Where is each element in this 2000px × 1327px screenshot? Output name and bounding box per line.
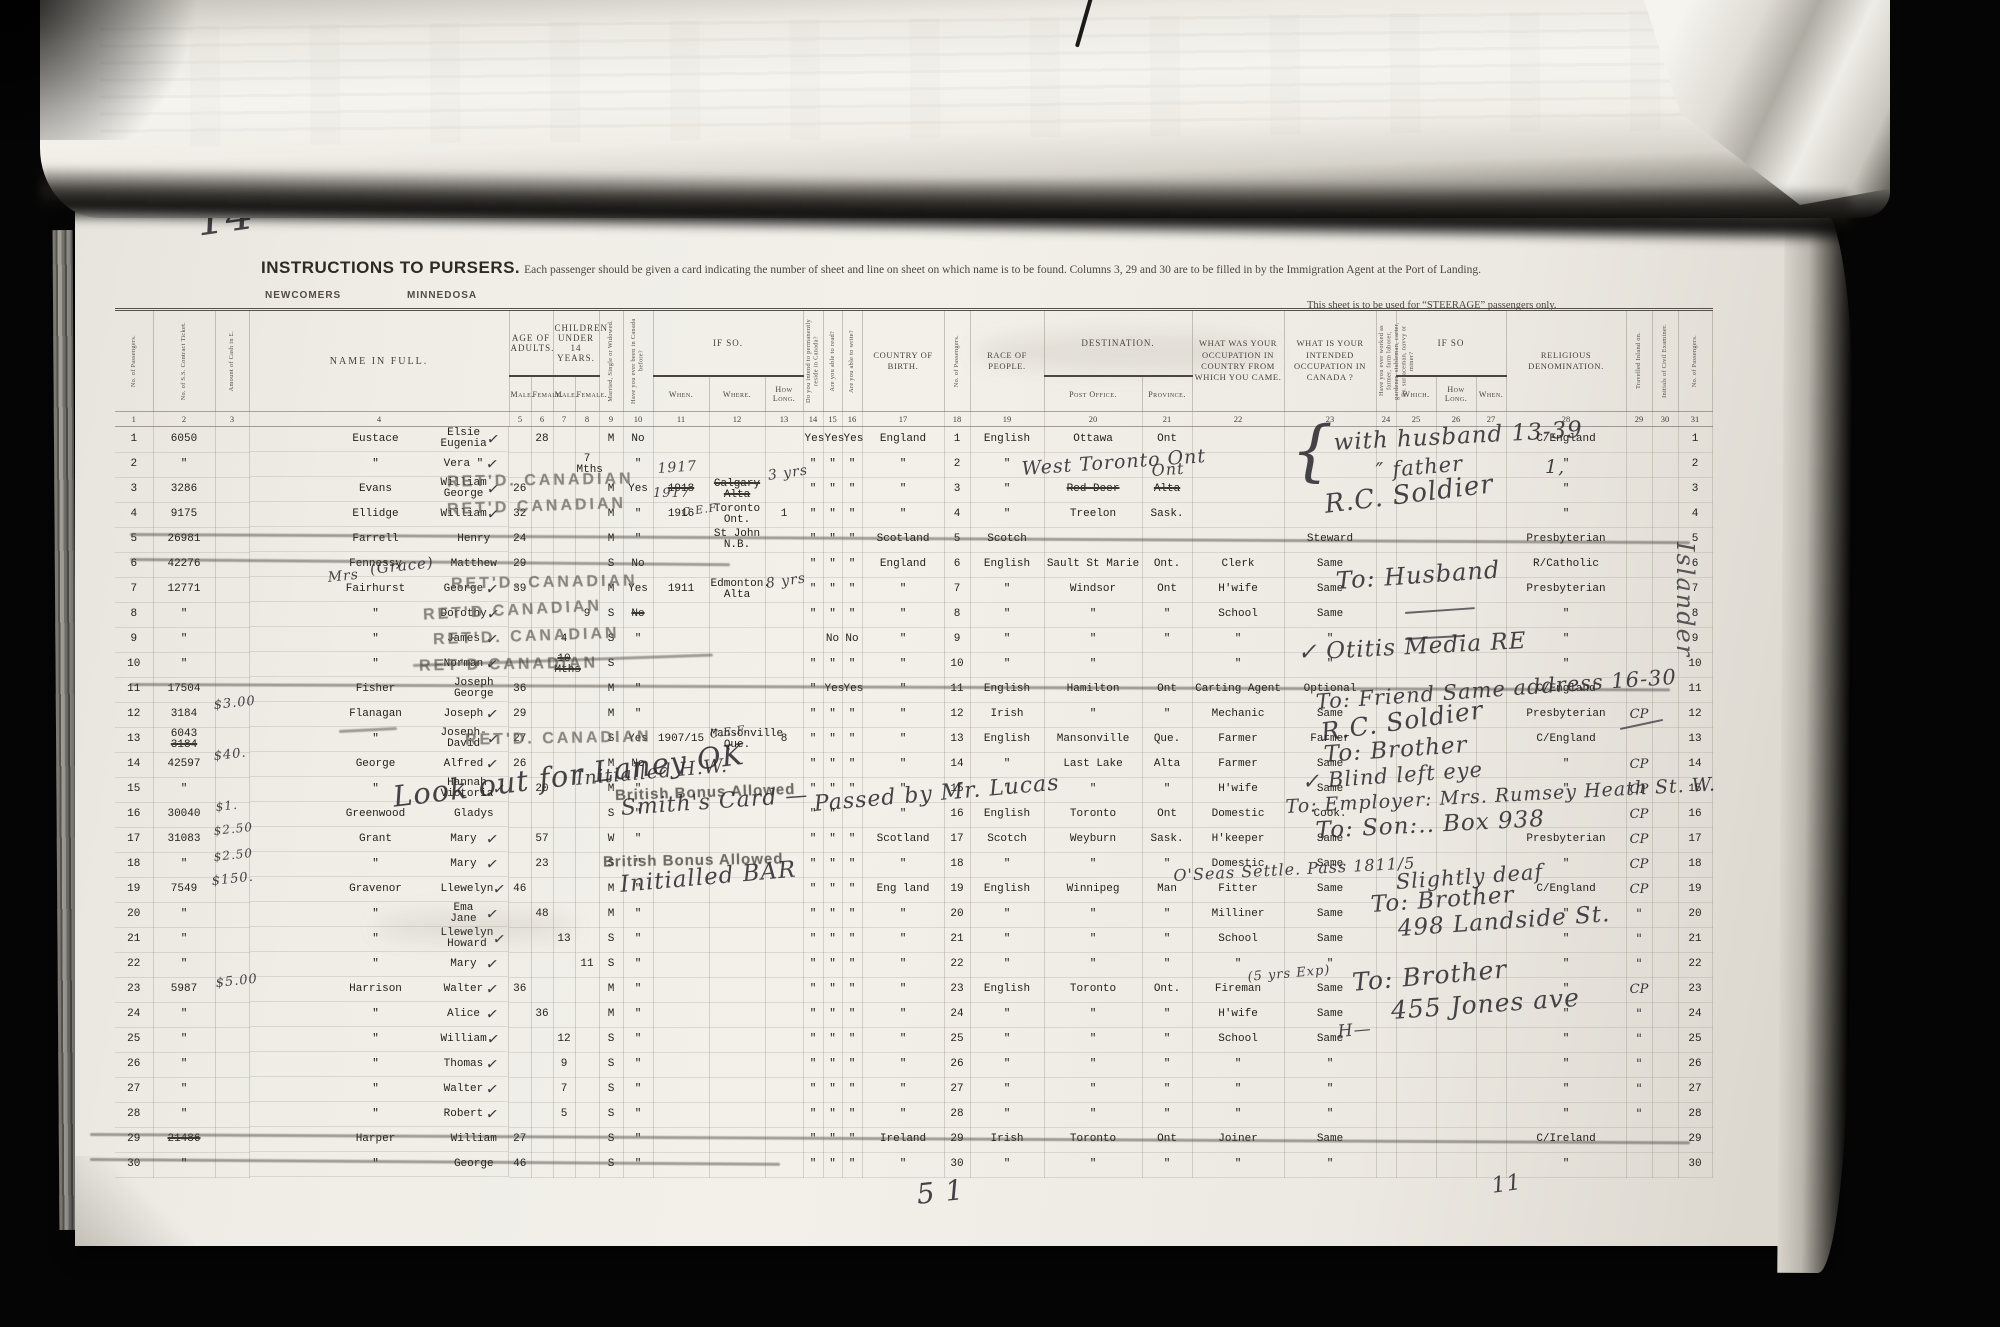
cell-a6: [531, 527, 553, 552]
cell-q24: [1376, 652, 1396, 677]
cell-m: M: [599, 777, 623, 802]
cell-prov: Ont: [1142, 427, 1192, 453]
cell-hl: [765, 427, 803, 453]
cell-init: [1652, 627, 1678, 652]
cell-n2: 11: [944, 677, 970, 702]
cell-a6: [531, 802, 553, 827]
cell-name: "Joseph- David✓: [250, 727, 510, 752]
cell-when2: [1476, 552, 1506, 577]
cell-iocc: Same: [1284, 827, 1376, 852]
cell-occ: ": [1192, 652, 1284, 677]
table-row: 2""Vera "✓7 Mths"""""2""2: [115, 452, 1712, 477]
cell-m: S: [599, 802, 623, 827]
cell-when2: [1476, 727, 1506, 752]
cell-init: [1652, 1002, 1678, 1027]
cell-which: [1396, 677, 1436, 702]
column-number: 13: [765, 412, 803, 427]
cell-when: [653, 702, 709, 727]
cell-cash: [215, 1052, 249, 1077]
cell-hl: [765, 652, 803, 677]
cell-po: [1044, 527, 1142, 552]
cell-q24: [1376, 852, 1396, 877]
sub-head-how-long: How Long.: [765, 376, 803, 412]
cell-a7: [553, 502, 575, 527]
cell-which: [1396, 702, 1436, 727]
cell-tkt: ": [153, 627, 215, 652]
cell-a7: [553, 602, 575, 627]
cell-tkt: 42276: [153, 552, 215, 577]
cell-rel: C/England: [1506, 427, 1626, 453]
cell-cb: ": [623, 852, 653, 877]
cell-hl: [765, 552, 803, 577]
cell-cash: [215, 827, 249, 852]
cell-occ: Clerk: [1192, 552, 1284, 577]
cell-cash: [215, 1127, 249, 1152]
sub-head-when: When.: [653, 376, 709, 412]
cell-when: [653, 1002, 709, 1027]
cell-tkt: 5987: [153, 977, 215, 1002]
cell-cb: [623, 652, 653, 677]
cell-cash: [215, 927, 249, 952]
cell-name: "Norman✓: [250, 652, 510, 677]
cell-cb: ": [623, 952, 653, 977]
cell-occ: Farmer: [1192, 727, 1284, 752]
cell-iocc: [1284, 427, 1376, 453]
cell-where: [709, 552, 765, 577]
column-number: 19: [970, 412, 1044, 427]
cell-birth: ": [862, 702, 944, 727]
cell-init: [1652, 452, 1678, 477]
cell-n2: 10: [944, 652, 970, 677]
cell-a5: 36: [509, 977, 531, 1002]
cell-where: Toronto Ont.: [709, 502, 765, 527]
cell-which: [1396, 427, 1436, 453]
cell-hl2: [1436, 1002, 1476, 1027]
cell-n2: 27: [944, 1077, 970, 1102]
cell-hl2: [1436, 677, 1476, 702]
cell-iocc: Cook.: [1284, 802, 1376, 827]
newcomers-label: NEWCOMERS: [265, 290, 341, 301]
cell-name: FisherJoseph George: [250, 677, 510, 702]
cell-po: ": [1044, 602, 1142, 627]
cell-n2: 19: [944, 877, 970, 902]
cell-when: [653, 452, 709, 477]
cell-race: English: [970, 977, 1044, 1002]
cell-name: "Thomas✓: [250, 1052, 510, 1077]
table-row: 235987HarrisonWalter✓36M"""""23EnglishTo…: [115, 977, 1712, 1002]
cell-iocc: Same: [1284, 752, 1376, 777]
cell-where: [709, 1102, 765, 1127]
cell-hl: [765, 852, 803, 877]
cell-q14: ": [803, 652, 823, 677]
cell-q15: ": [823, 1077, 842, 1102]
cell-when: [653, 977, 709, 1002]
cell-rel: C/England: [1506, 677, 1626, 702]
cell-q14: ": [803, 477, 823, 502]
col-head-inland: Travelled Inland on.: [1626, 310, 1652, 412]
cell-where: [709, 1002, 765, 1027]
cell-po: Weyburn: [1044, 827, 1142, 852]
cell-a7: 10 Mths: [553, 652, 575, 677]
cell-when2: [1476, 902, 1506, 927]
cell-init: [1652, 1152, 1678, 1177]
cell-q16: ": [842, 1002, 862, 1027]
cell-n: 9: [115, 627, 153, 652]
cell-q14: Yes: [803, 427, 823, 453]
cell-where: [709, 1127, 765, 1152]
cell-m: M: [599, 977, 623, 1002]
cell-name: GreenwoodGladys: [250, 802, 510, 827]
cell-inl: [1626, 452, 1652, 477]
cell-race: ": [970, 1152, 1044, 1177]
cell-name: FairhurstGeorge✓: [250, 577, 510, 602]
cell-q16: ": [842, 877, 862, 902]
cell-a7: [553, 802, 575, 827]
cell-where: [709, 452, 765, 477]
cell-race: ": [970, 577, 1044, 602]
cell-q14: ": [803, 827, 823, 852]
torn-right-edge: [1777, 208, 1854, 1273]
table-row: 49175EllidgeWilliam✓32M"1916Toronto Ont.…: [115, 502, 1712, 527]
col-head-canada-before: Have you ever been in Canada before?: [623, 310, 653, 412]
cell-which: [1396, 902, 1436, 927]
cell-po: ": [1044, 1002, 1142, 1027]
cell-when2: [1476, 627, 1506, 652]
cell-hl: [765, 927, 803, 952]
cell-cash: [215, 577, 249, 602]
cell-where: [709, 852, 765, 877]
cell-when: [653, 627, 709, 652]
cell-rel: ": [1506, 952, 1626, 977]
cell-q14: [803, 627, 823, 652]
cell-q15: ": [823, 502, 842, 527]
table-row: 8""Dorothy✓9SNo""""8"""SchoolSame"8: [115, 602, 1712, 627]
cell-hl2: [1436, 927, 1476, 952]
cell-cb: No: [623, 552, 653, 577]
cell-cb: ": [623, 702, 653, 727]
cell-n3: 20: [1678, 902, 1712, 927]
cell-when: [653, 902, 709, 927]
cell-prov: Ont.: [1142, 977, 1192, 1002]
cell-when2: [1476, 1127, 1506, 1152]
cell-birth: England: [862, 427, 944, 453]
cell-cash: [215, 1027, 249, 1052]
instructions-text: Each passenger should be given a card in…: [524, 264, 1481, 276]
cell-rel: Presbyterian: [1506, 527, 1626, 552]
cell-tkt: 21486: [153, 1127, 215, 1152]
cell-n3: 21: [1678, 927, 1712, 952]
cell-tkt: 7549: [153, 877, 215, 902]
sub-head-where: Where.: [709, 376, 765, 412]
cell-q15: ": [823, 1152, 842, 1177]
cell-hl: [765, 777, 803, 802]
cell-a7: [553, 1152, 575, 1177]
cell-iocc: Same: [1284, 977, 1376, 1002]
top-left-shadow: [0, 0, 230, 140]
cell-which: [1396, 477, 1436, 502]
cell-which: [1396, 952, 1436, 977]
cell-cash: [215, 902, 249, 927]
cell-q24: [1376, 927, 1396, 952]
cell-cb: ": [623, 1077, 653, 1102]
cell-q14: ": [803, 977, 823, 1002]
cell-cash: [215, 802, 249, 827]
cell-q15: ": [823, 1102, 842, 1127]
cell-birth: Ireland: [862, 1127, 944, 1152]
cell-q24: [1376, 527, 1396, 552]
cell-when2: [1476, 802, 1506, 827]
cell-init: [1652, 827, 1678, 852]
cell-birth: Scotland: [862, 827, 944, 852]
handwritten-annotation: 5 1: [915, 1173, 966, 1211]
cell-rel: ": [1506, 1102, 1626, 1127]
cell-n2: 22: [944, 952, 970, 977]
cell-name: HarperWilliam: [250, 1127, 510, 1152]
cell-occ: ": [1192, 1052, 1284, 1077]
cell-q24: [1376, 552, 1396, 577]
cell-hl2: [1436, 427, 1476, 453]
cell-m: S: [599, 1027, 623, 1052]
cell-n2: 20: [944, 902, 970, 927]
cell-a5: [509, 827, 531, 852]
column-numbers-row: 1234567891011121314151617181920212223242…: [115, 412, 1712, 427]
cell-race: English: [970, 802, 1044, 827]
cell-name: "William✓: [250, 1027, 510, 1052]
cell-when: [653, 427, 709, 453]
cell-inl: CP: [1626, 752, 1652, 777]
cell-a7: [553, 427, 575, 453]
cell-a8: [575, 1102, 599, 1127]
cell-race: ": [970, 1002, 1044, 1027]
cell-occ: Fireman: [1192, 977, 1284, 1002]
cell-a5: [509, 1027, 531, 1052]
cell-q16: ": [842, 777, 862, 802]
cell-a7: [553, 1002, 575, 1027]
cell-inl: [1626, 502, 1652, 527]
cell-n: 7: [115, 577, 153, 602]
cell-birth: ": [862, 577, 944, 602]
col-head-contract-ticket: No. of S.S. Contract Ticket.: [153, 310, 215, 412]
cell-q14: ": [803, 527, 823, 552]
cell-hl: [765, 452, 803, 477]
cell-cash: [215, 952, 249, 977]
cell-q16: ": [842, 902, 862, 927]
cell-a7: [553, 852, 575, 877]
cell-a8: [575, 577, 599, 602]
cell-prov: ": [1142, 1027, 1192, 1052]
cell-inl: CP: [1626, 802, 1652, 827]
cell-po: Toronto: [1044, 977, 1142, 1002]
table-row: 1630040GreenwoodGladysS""""16EnglishToro…: [115, 802, 1712, 827]
cell-init: [1652, 877, 1678, 902]
cell-occ: Milliner: [1192, 902, 1284, 927]
cell-a8: [575, 1027, 599, 1052]
cell-q16: ": [842, 577, 862, 602]
cell-q16: ": [842, 1152, 862, 1177]
cell-occ: [1192, 427, 1284, 453]
cell-hl: [765, 1102, 803, 1127]
cell-which: [1396, 652, 1436, 677]
cell-q14: ": [803, 1027, 823, 1052]
cell-when2: [1476, 952, 1506, 977]
cell-hl: [765, 677, 803, 702]
column-number: 17: [862, 412, 944, 427]
cell-a6: [531, 977, 553, 1002]
cell-inl: ": [1626, 1077, 1652, 1102]
cell-a5: 32: [509, 502, 531, 527]
cell-inl: ": [1626, 902, 1652, 927]
cell-n2: 25: [944, 1027, 970, 1052]
cell-cb: ": [623, 502, 653, 527]
cell-a8: [575, 427, 599, 453]
cell-n3: 4: [1678, 502, 1712, 527]
cell-when2: [1476, 777, 1506, 802]
cell-birth: ": [862, 852, 944, 877]
cell-cash: [215, 727, 249, 752]
cell-race: ": [970, 602, 1044, 627]
cell-n2: 12: [944, 702, 970, 727]
cell-prov: Ont: [1142, 1127, 1192, 1152]
cell-n: 5: [115, 527, 153, 552]
column-number: 26: [1436, 412, 1476, 427]
cell-race: Irish: [970, 702, 1044, 727]
cell-q24: [1376, 902, 1396, 927]
cell-n: 23: [115, 977, 153, 1002]
sub-head-province: Province.: [1142, 376, 1192, 412]
cell-iocc: [1284, 502, 1376, 527]
cell-a5: [509, 652, 531, 677]
cell-q15: ": [823, 652, 842, 677]
cell-birth: ": [862, 477, 944, 502]
cell-n3: 5: [1678, 527, 1712, 552]
col-head-if-so: IF SO.: [653, 310, 803, 377]
sub-head-when-2: When.: [1476, 376, 1506, 412]
cell-n2: 2: [944, 452, 970, 477]
table-row: 21""Llewelyn Howard✓13S"""""21"""SchoolS…: [115, 927, 1712, 952]
cell-q15: ": [823, 1052, 842, 1077]
cell-occ: ": [1192, 1077, 1284, 1102]
cell-rel: R/Catholic: [1506, 552, 1626, 577]
cell-a7: 5: [553, 1102, 575, 1127]
cell-q14: ": [803, 1127, 823, 1152]
cell-when: 1907/15: [653, 727, 709, 752]
cell-race: English: [970, 552, 1044, 577]
cell-when2: [1476, 1052, 1506, 1077]
col-head-cash: Amount of Cash in £.: [215, 310, 249, 412]
cell-where: [709, 902, 765, 927]
cell-n: 19: [115, 877, 153, 902]
cell-which: [1396, 752, 1436, 777]
cell-q16: Yes: [842, 677, 862, 702]
cell-when: [653, 852, 709, 877]
cell-a5: 29: [509, 702, 531, 727]
column-number: 31: [1678, 412, 1712, 427]
cell-when2: [1476, 602, 1506, 627]
cell-po: ": [1044, 927, 1142, 952]
cell-a7: [553, 827, 575, 852]
cell-hl2: [1436, 652, 1476, 677]
sub-head-female: Female.: [531, 376, 553, 412]
cell-occ: Joiner: [1192, 1127, 1284, 1152]
cell-init: [1652, 702, 1678, 727]
cell-a7: [553, 702, 575, 727]
cell-name: "Robert✓: [250, 1102, 510, 1127]
cell-q14: ": [803, 677, 823, 702]
cell-when: [653, 1127, 709, 1152]
cell-a8: [575, 1077, 599, 1102]
cell-a5: [509, 602, 531, 627]
cell-where: [709, 952, 765, 977]
cell-race: Scotch: [970, 827, 1044, 852]
column-number: 10: [623, 412, 653, 427]
cell-prov: ": [1142, 777, 1192, 802]
column-number: 28: [1506, 412, 1626, 427]
cell-when: [653, 552, 709, 577]
cell-occ: Domestic: [1192, 802, 1284, 827]
cell-q15: ": [823, 602, 842, 627]
cell-n3: 1: [1678, 427, 1712, 453]
cell-q24: [1376, 1052, 1396, 1077]
cell-where: Edmonton. Alta: [709, 577, 765, 602]
cell-cb: ": [623, 877, 653, 902]
cell-cash: [215, 627, 249, 652]
cell-occ: [1192, 527, 1284, 552]
cell-cb: ": [623, 977, 653, 1002]
cell-birth: ": [862, 952, 944, 977]
cell-po: ": [1044, 702, 1142, 727]
cell-rel: ": [1506, 752, 1626, 777]
cell-prov: Man: [1142, 877, 1192, 902]
cell-tkt: 42597: [153, 752, 215, 777]
cell-tkt: 3184: [153, 702, 215, 727]
cell-a5: 26: [509, 752, 531, 777]
cell-q14: ": [803, 902, 823, 927]
cell-cash: [215, 552, 249, 577]
cell-name: EvansWilliam George✓: [250, 477, 510, 502]
table-row: 1117504FisherJoseph George36M""YesYes"11…: [115, 677, 1712, 702]
cell-n3: 11: [1678, 677, 1712, 702]
cell-q14: ": [803, 752, 823, 777]
cell-birth: ": [862, 727, 944, 752]
cell-q24: [1376, 752, 1396, 777]
table-row: 1731083GrantMary✓57W""""Scotland17Scotch…: [115, 827, 1712, 852]
cell-q16: ": [842, 652, 862, 677]
cell-n: 22: [115, 952, 153, 977]
cell-cash: [215, 977, 249, 1002]
cell-m: M: [599, 702, 623, 727]
cell-a5: [509, 427, 531, 453]
cell-when: [653, 752, 709, 777]
cell-occ: H'wife: [1192, 777, 1284, 802]
cell-a6: [531, 627, 553, 652]
cell-a5: [509, 1077, 531, 1102]
col-head-religion: RELIGIOUS DENOMINATION.: [1506, 310, 1626, 412]
cell-prov: ": [1142, 1077, 1192, 1102]
cell-birth: ": [862, 1002, 944, 1027]
cell-q16: ": [842, 702, 862, 727]
cell-a8: [575, 702, 599, 727]
cell-rel: ": [1506, 502, 1626, 527]
cell-inl: [1626, 477, 1652, 502]
cell-a5: 27: [509, 1127, 531, 1152]
cell-a8: [575, 827, 599, 852]
cell-when2: [1476, 1027, 1506, 1052]
cell-occ: [1192, 477, 1284, 502]
cell-a6: [531, 752, 553, 777]
cell-a6: [531, 877, 553, 902]
cell-occ: H'keeper: [1192, 827, 1284, 852]
col-head-intended-occupation: WHAT IS YOUR INTENDED OCCUPATION IN CANA…: [1284, 310, 1376, 412]
